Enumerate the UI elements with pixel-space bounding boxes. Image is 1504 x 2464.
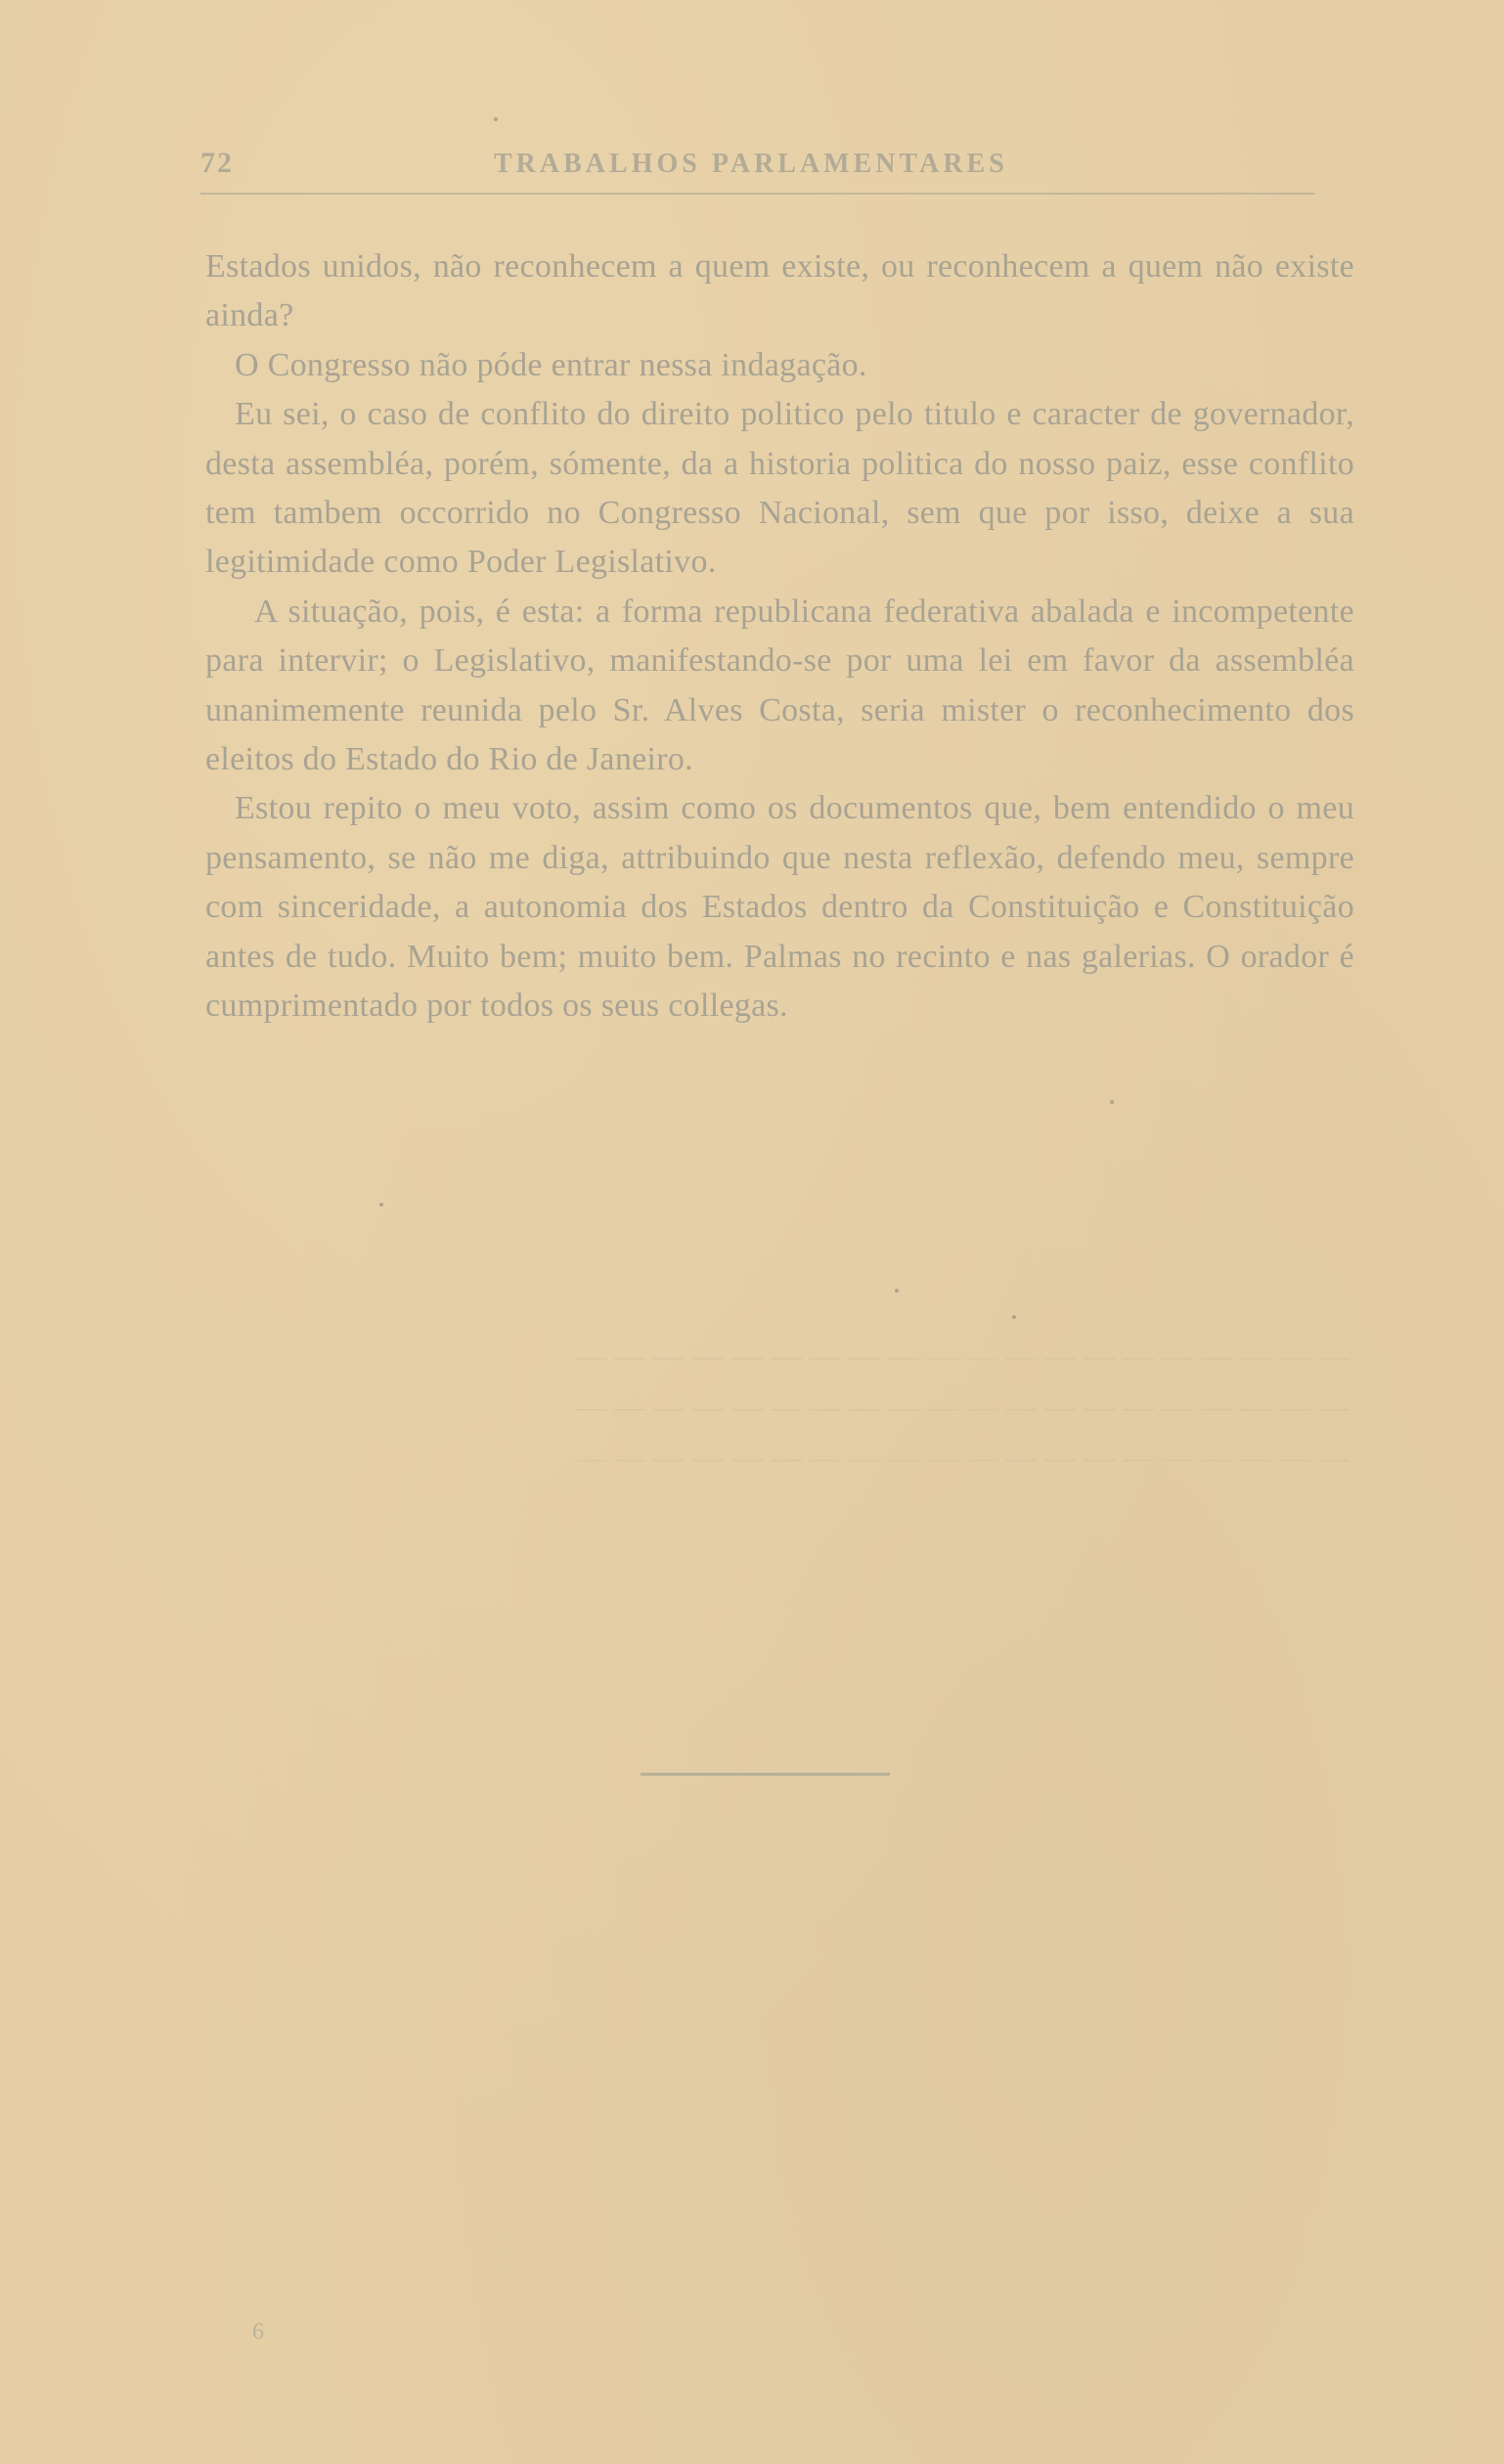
paragraph: A situação, pois, é esta: a forma republ… [205,588,1354,785]
paper-speck [1110,1100,1114,1104]
paragraph: Estados unidos, não reconhecem a quem ex… [205,242,1354,341]
bleed-line: — — — — — — — — — — — — — — — — — — — — [205,1330,1349,1381]
header-rule [200,193,1315,195]
bleed-line: — — — — — — — — — — — — — — — — — — — — [205,1381,1349,1431]
paper-speck [494,117,498,121]
paper-speck [379,1203,383,1207]
section-end-rule [641,1773,890,1776]
paper-speck [1012,1315,1016,1319]
bleed-through-text: — — — — — — — — — — — — — — — — — — — — … [205,1330,1349,1482]
bleed-line: — — — — — — — — — — — — — — — — — — — — [205,1431,1349,1482]
running-title: TRABALHOS PARLAMENTARES [494,149,1008,180]
body-text: Estados unidos, não reconhecem a quem ex… [205,242,1354,1032]
running-head: 72 TRABALHOS PARLAMENTARES [200,147,1315,186]
page-number: 72 [200,147,234,180]
signature-mark: 6 [252,2319,264,2346]
paragraph: O Congresso não póde entrar nessa indaga… [205,341,1354,390]
paper-speck [895,1289,899,1293]
paragraph: Estou repito o meu voto, assim como os d… [205,784,1354,1031]
paragraph: Eu sei, o caso de conflito do direito po… [205,390,1354,588]
